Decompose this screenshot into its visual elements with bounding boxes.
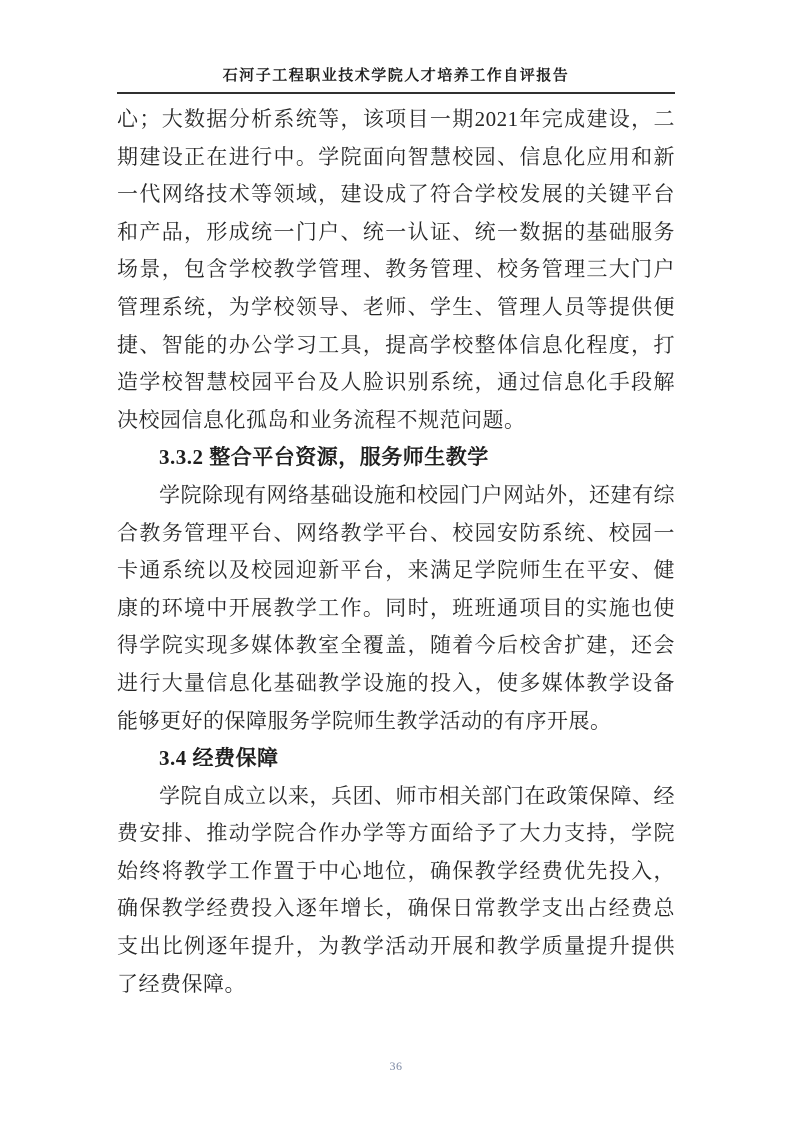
page-header: 石河子工程职业技术学院人才培养工作自评报告 [117, 64, 675, 94]
header-rule [117, 92, 675, 94]
paragraph-funding: 学院自成立以来，兵团、师市相关部门在政策保障、经费安排、推动学院合作办学等方面给… [117, 778, 675, 1004]
paragraph-smart-campus: 心；大数据分析系统等，该项目一期2021年完成建设，二期建设正在进行中。学院面向… [117, 101, 675, 439]
header-title: 石河子工程职业技术学院人才培养工作自评报告 [117, 64, 675, 92]
heading-3-3-2: 3.3.2 整合平台资源，服务师生教学 [117, 439, 675, 477]
page-footer: 36 [0, 1057, 792, 1075]
paragraph-platform-resources: 学院除现有网络基础设施和校园门户网站外，还建有综合教务管理平台、网络教学平台、校… [117, 477, 675, 740]
document-body: 心；大数据分析系统等，该项目一期2021年完成建设，二期建设正在进行中。学院面向… [117, 101, 675, 1003]
document-page: 石河子工程职业技术学院人才培养工作自评报告 心；大数据分析系统等，该项目一期20… [0, 0, 792, 1122]
page-number: 36 [390, 1059, 403, 1073]
heading-3-4: 3.4 经费保障 [117, 740, 675, 778]
